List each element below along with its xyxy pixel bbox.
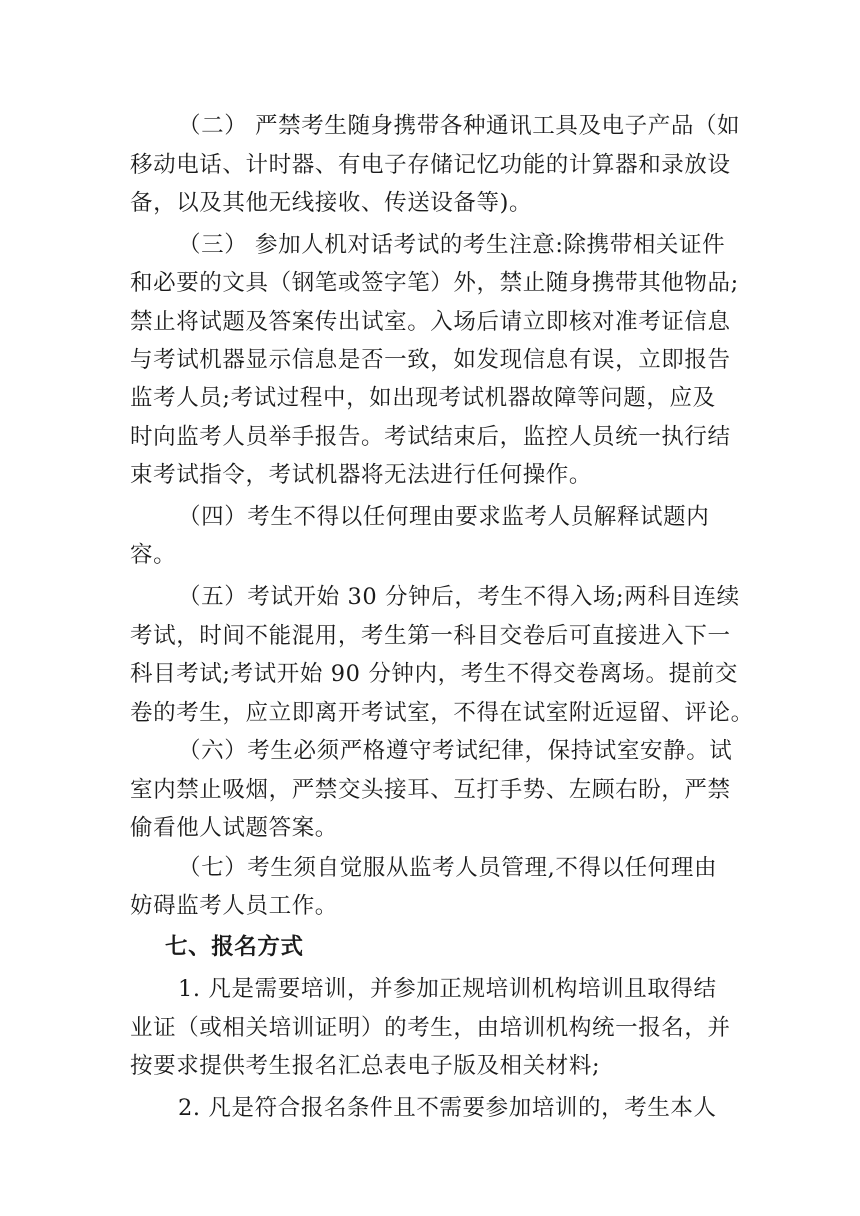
paragraph-item-5-line-3: 科目考试;考试开始 90 分钟内，考生不得交卷离场。提前交 bbox=[130, 660, 730, 688]
paragraph-item-2-line-2: 移动电话、计时器、有电子存储记忆功能的计算器和录放设 bbox=[130, 151, 730, 179]
section-heading-registration: 七、报名方式 bbox=[165, 933, 717, 961]
paragraph-item-7-line-1: （七）考生须自觉服从监考人员管理,不得以任何理由 bbox=[178, 854, 730, 882]
paragraph-item-6-line-3: 偷看他人试题答案。 bbox=[130, 814, 730, 842]
paragraph-item-3-line-3: 禁止将试题及答案传出试室。入场后请立即核对准考证信息 bbox=[130, 308, 730, 336]
registration-item-2-line-1: 2. 凡是符合报名条件且不需要参加培训的，考生本人 bbox=[178, 1094, 730, 1122]
paragraph-item-6-line-1: （六）考生必须严格遵守考试纪律，保持试室安静。试 bbox=[178, 737, 730, 765]
registration-item-1-line-1: 1. 凡是需要培训，并参加正规培训机构培训且取得结 bbox=[178, 975, 730, 1003]
paragraph-item-5-line-1: （五）考试开始 30 分钟后，考生不得入场;两科目连续 bbox=[178, 583, 730, 611]
paragraph-item-4-line-1: （四）考生不得以任何理由要求监考人员解释试题内 bbox=[178, 503, 730, 531]
paragraph-item-6-line-2: 室内禁止吸烟，严禁交头接耳、互打手势、左顾右盼，严禁 bbox=[130, 776, 730, 804]
paragraph-item-2-line-1: （二） 严禁考生随身携带各种通讯工具及电子产品（如 bbox=[178, 112, 730, 140]
paragraph-item-5-line-4: 卷的考生，应立即离开考试室，不得在试室附近逗留、评论。 bbox=[130, 699, 730, 727]
paragraph-item-7-line-2: 妨碍监考人员工作。 bbox=[130, 892, 730, 920]
registration-item-1-line-2: 业证（或相关培训证明）的考生，由培训机构统一报名，并 bbox=[130, 1014, 730, 1042]
paragraph-item-5-line-2: 考试，时间不能混用，考生第一科目交卷后可直接进入下一 bbox=[130, 622, 730, 650]
paragraph-item-2-line-3: 备，以及其他无线接收、传送设备等)。 bbox=[130, 189, 730, 217]
registration-item-1-line-3: 按要求提供考生报名汇总表电子版及相关材料; bbox=[130, 1052, 730, 1080]
document-page: （二） 严禁考生随身携带各种通讯工具及电子产品（如 移动电话、计时器、有电子存储… bbox=[0, 0, 860, 1216]
paragraph-item-3-line-5: 监考人员;考试过程中，如出现考试机器故障等问题，应及 bbox=[130, 384, 730, 412]
paragraph-item-4-line-2: 容。 bbox=[130, 541, 730, 569]
paragraph-item-3-line-2: 和必要的文具（钢笔或签字笔）外，禁止随身携带其他物品; bbox=[130, 269, 730, 297]
paragraph-item-3-line-4: 与考试机器显示信息是否一致，如发现信息有误，立即报告 bbox=[130, 346, 730, 374]
paragraph-item-3-line-1: （三） 参加人机对话考试的考生注意:除携带相关证件 bbox=[178, 231, 730, 259]
paragraph-item-3-line-6: 时向监考人员举手报告。考试结束后，监控人员统一执行结 bbox=[130, 423, 730, 451]
paragraph-item-3-line-7: 束考试指令，考试机器将无法进行任何操作。 bbox=[130, 461, 730, 489]
